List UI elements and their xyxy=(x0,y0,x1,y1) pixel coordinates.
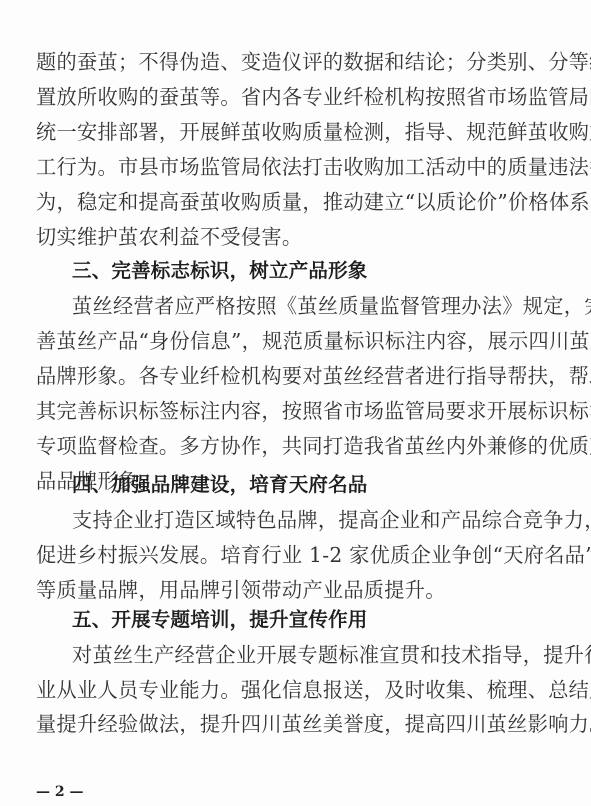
paragraph-line: 业从业人员专业能力。强化信息报送，及时收集、梳理、总结质 xyxy=(36,677,522,703)
paragraph-line: 等质量品牌，用品牌引领带动产业品质提升。 xyxy=(36,577,522,603)
paragraph-line: 促进乡村振兴发展。培育行业 1-2 家优质企业争创“天府名品” xyxy=(36,542,522,568)
page-number: — 2 — xyxy=(36,784,84,800)
paragraph-line: 为，稳定和提高蚕茧收购质量，推动建立“以质论价”价格体系、 xyxy=(36,189,522,215)
paragraph-line: 置放所收购的蚕茧等。省内各专业纤检机构按照省市场监管局的 xyxy=(36,84,522,110)
paragraph-line: 题的蚕茧；不得伪造、变造仪评的数据和结论；分类别、分等级 xyxy=(36,49,522,75)
paragraph-line: 对茧丝生产经营企业开展专题标准宣贯和技术指导，提升行 xyxy=(72,642,522,668)
paragraph-line: 其完善标识标签标注内容，按照省市场监管局要求开展标识标注 xyxy=(36,398,522,424)
paragraph-line: 专项监督检查。多方协作，共同打造我省茧丝内外兼修的优质产 xyxy=(36,433,522,459)
paragraph-line: 支持企业打造区域特色品牌，提高企业和产品综合竞争力， xyxy=(72,507,522,533)
paragraph-line: 切实维护茧农利益不受侵害。 xyxy=(36,224,522,250)
section-heading-3: 三、完善标志标识，树立产品形象 xyxy=(72,258,368,284)
paragraph-line: 茧丝经营者应严格按照《茧丝质量监督管理办法》规定，完 xyxy=(72,293,522,319)
section-heading-5: 五、开展专题培训，提升宣传作用 xyxy=(72,607,368,633)
paragraph-line: 品牌形象。各专业纤检机构要对茧丝经营者进行指导帮扶，帮助 xyxy=(36,363,522,389)
paragraph-line: 善茧丝产品“身份信息”，规范质量标识标注内容，展示四川茧丝 xyxy=(36,328,522,354)
paragraph-line: 统一安排部署，开展鲜茧收购质量检测，指导、规范鲜茧收购加 xyxy=(36,119,522,145)
section-heading-4: 四、加强品牌建设，培育天府名品 xyxy=(72,472,368,498)
paragraph-line: 工行为。市县市场监管局依法打击收购加工活动中的质量违法行 xyxy=(36,154,522,180)
paragraph-line: 量提升经验做法，提升四川茧丝美誉度，提高四川茧丝影响力。 xyxy=(36,711,522,737)
document-page: 题的蚕茧；不得伪造、变造仪评的数据和结论；分类别、分等级 置放所收购的蚕茧等。省… xyxy=(0,0,591,806)
